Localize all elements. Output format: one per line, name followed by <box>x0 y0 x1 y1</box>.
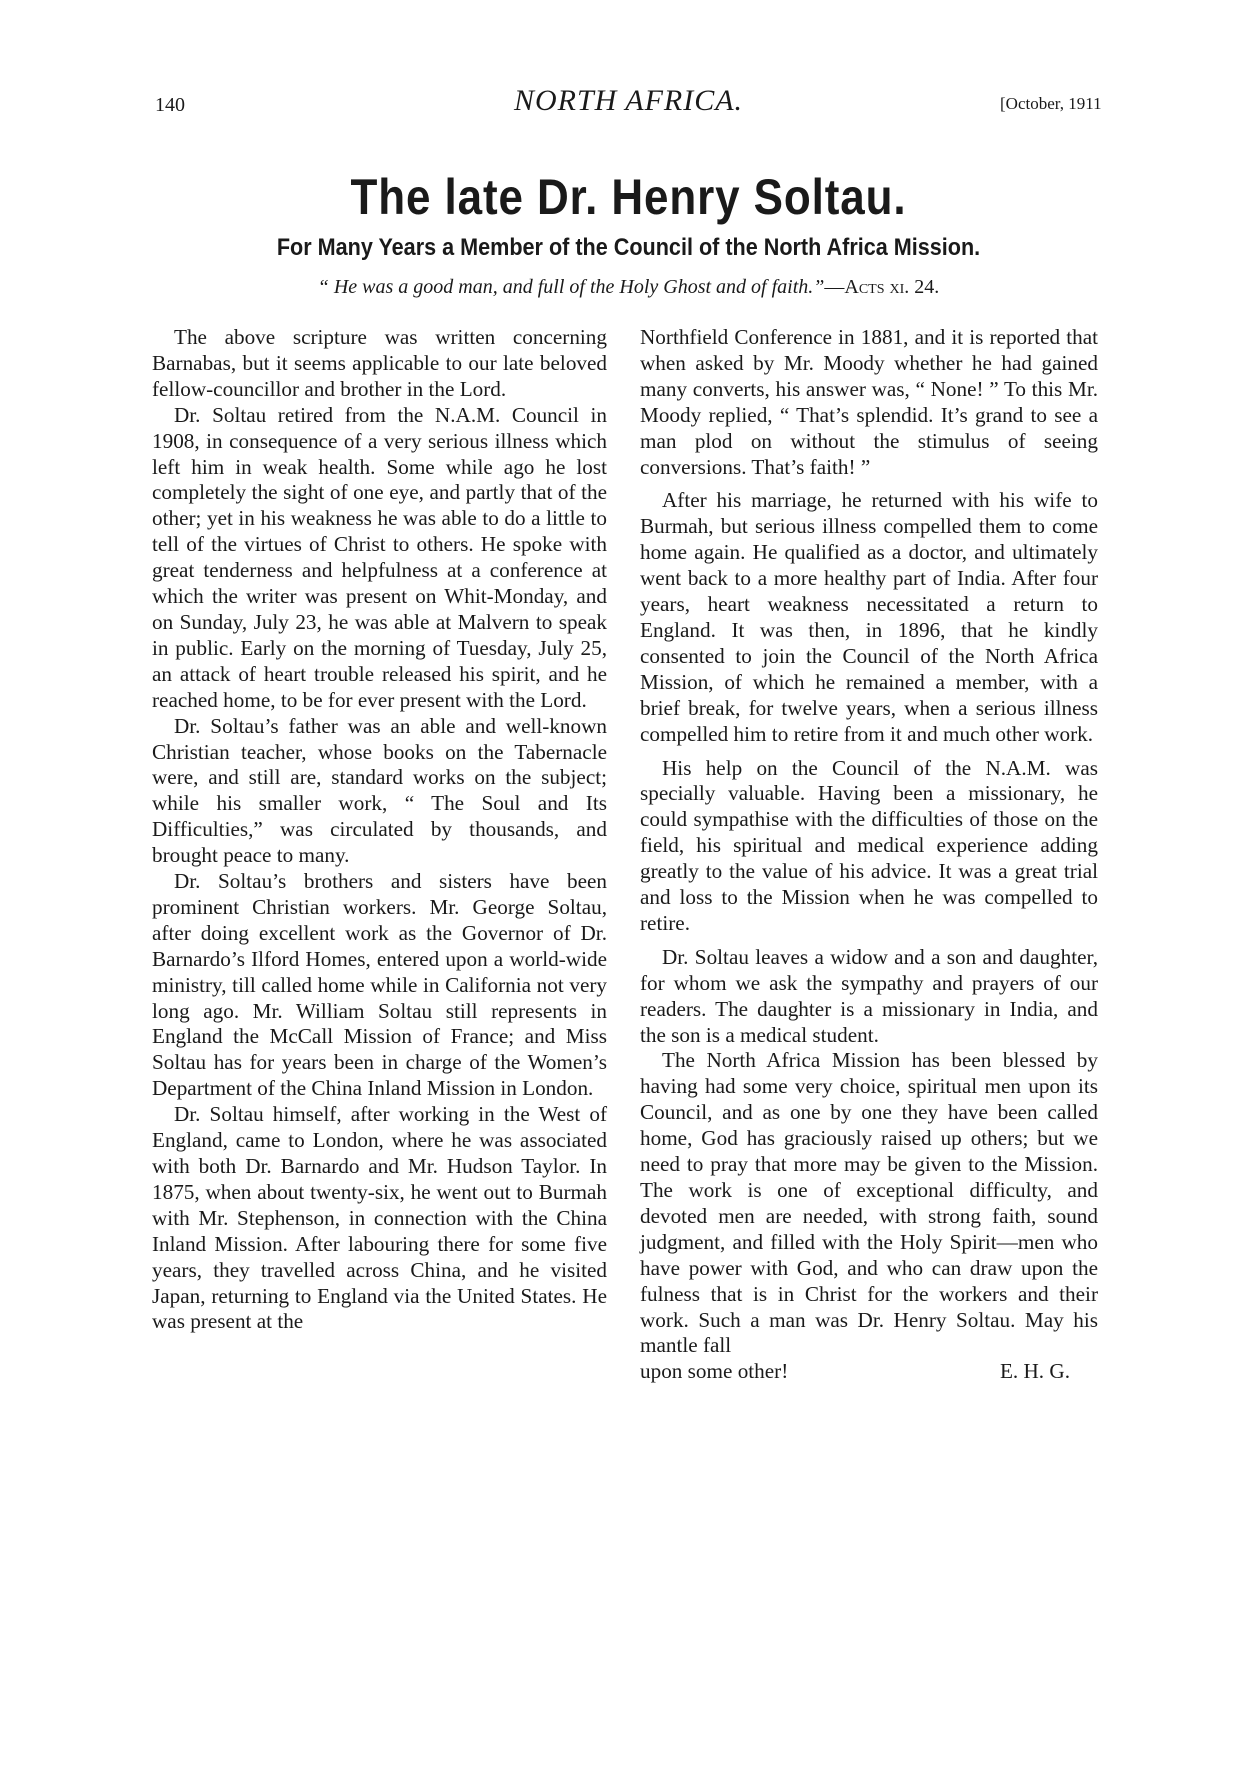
article-title: The late Dr. Henry Soltau. <box>75 168 1181 226</box>
paragraph: His help on the Council of the N.A.M. wa… <box>640 756 1098 937</box>
epigraph-reference: —Acts xi. 24. <box>824 276 939 298</box>
left-column: The above scripture was written concerni… <box>152 325 607 1335</box>
closing-line: upon some other! E. H. G. <box>640 1359 1098 1385</box>
paragraph: Dr. Soltau leaves a widow and a son and … <box>640 945 1098 1049</box>
paragraph: Dr. Soltau retired from the N.A.M. Counc… <box>152 403 607 714</box>
epigraph: “ He was a good man, and full of the Hol… <box>0 276 1257 299</box>
running-head: 140 NORTH AFRICA. [October, 1911 <box>0 84 1257 124</box>
right-column: Northfield Conference in 1881, and it is… <box>640 325 1098 1385</box>
paragraph: Northfield Conference in 1881, and it is… <box>640 325 1098 480</box>
paragraph: After his marriage, he returned with his… <box>640 488 1098 747</box>
paragraph: Dr. Soltau’s brothers and sisters have b… <box>152 869 607 1102</box>
paragraph: The North Africa Mission has been blesse… <box>640 1048 1098 1359</box>
epigraph-quote: “ He was a good man, and full of the Hol… <box>318 276 825 298</box>
issue-date: [October, 1911 <box>1000 94 1102 114</box>
paragraph: The above scripture was written concerni… <box>152 325 607 403</box>
article-subtitle: For Many Years a Member of the Council o… <box>63 234 1194 262</box>
closing-text: upon some other! <box>640 1359 788 1385</box>
paragraph: Dr. Soltau’s father was an able and well… <box>152 714 607 869</box>
author-signature: E. H. G. <box>1000 1359 1070 1385</box>
paragraph: Dr. Soltau himself, after working in the… <box>152 1102 607 1335</box>
